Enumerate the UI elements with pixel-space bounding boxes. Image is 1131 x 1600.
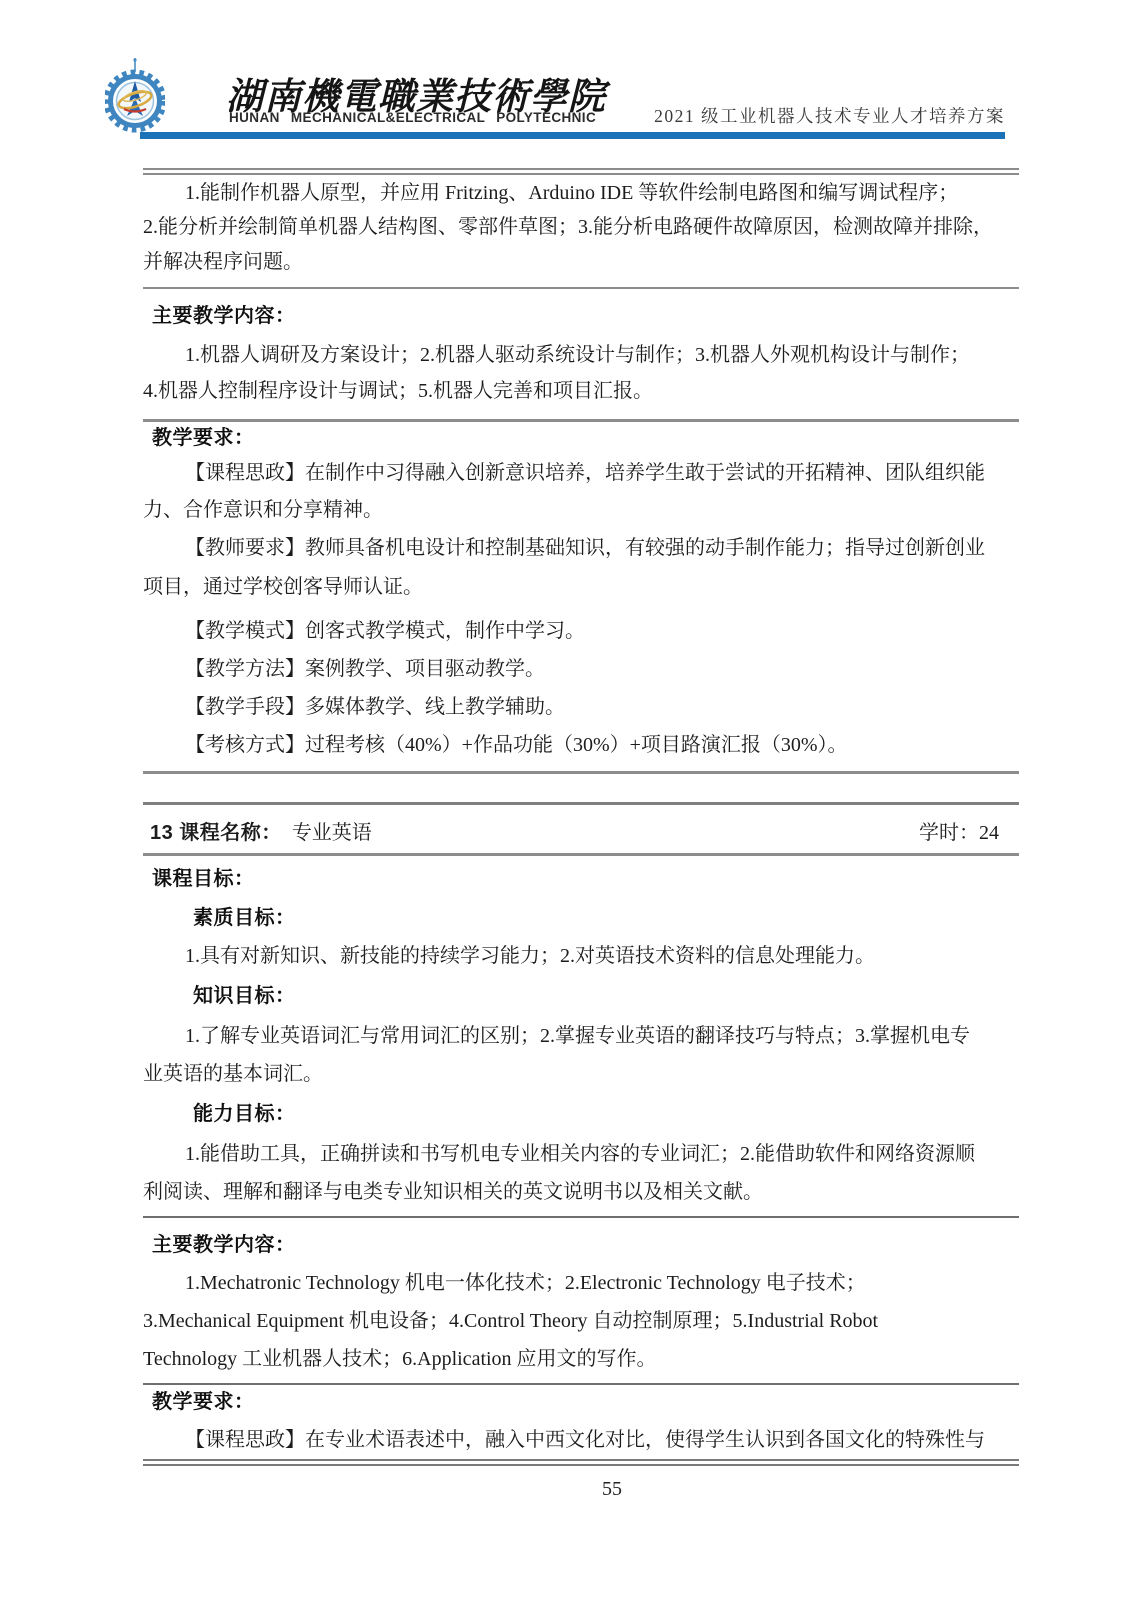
paragraph-line: 1.了解专业英语词汇与常用词汇的区别；2.掌握专业英语的翻译技巧与特点；3.掌握…: [185, 1022, 1023, 1050]
table-border-top: [143, 802, 1019, 805]
subheading-ability-goals: 能力目标：: [193, 1100, 296, 1128]
row-divider: [143, 287, 1019, 289]
section-heading-course-goals: 课程目标：: [152, 865, 255, 893]
section-heading-teaching-requirements: 教学要求：: [152, 1388, 255, 1416]
paragraph-line: 【课程思政】在专业术语表述中，融入中西文化对比，使得学生认识到各国文化的特殊性与: [185, 1426, 1023, 1454]
document-header-title: 2021 级工业机器人技术专业人才培养方案: [654, 103, 1005, 128]
paragraph-line: 【教学方法】案例教学、项目驱动教学。: [185, 655, 1023, 683]
paragraph-line: 1.具有对新知识、新技能的持续学习能力；2.对英语技术资料的信息处理能力。: [185, 942, 1023, 970]
paragraph-line: 【教师要求】教师具备机电设计和控制基础知识，有较强的动手制作能力；指导过创新创业: [185, 534, 1023, 562]
document-page: 湖南機電職業技術學院 HUNAN MECHANICAL&ELECTRICAL P…: [0, 0, 1131, 1600]
row-divider: [143, 1383, 1019, 1385]
paragraph-line: 【教学模式】创客式教学模式，制作中学习。: [185, 617, 1023, 645]
table-border-top: [143, 168, 1019, 175]
paragraph-line: 2.能分析并绘制简单机器人结构图、零部件草图；3.能分析电路硬件故障原因，检测故…: [143, 213, 1023, 241]
course-number-label: 13 课程名称：: [150, 822, 282, 844]
paragraph-line: 1.机器人调研及方案设计；2.机器人驱动系统设计与制作；3.机器人外观机构设计与…: [185, 341, 1023, 369]
subheading-quality-goals: 素质目标：: [193, 904, 296, 932]
section-heading-teaching-content: 主要教学内容：: [152, 302, 296, 330]
row-divider: [143, 1216, 1019, 1218]
paragraph-line: 4.机器人控制程序设计与调试；5.机器人完善和项目汇报。: [143, 377, 1023, 405]
page-content-bottom-border: [143, 1459, 1019, 1466]
row-divider: [143, 853, 1019, 856]
school-name-english: HUNAN MECHANICAL&ELECTRICAL POLYTECHNIC: [229, 110, 596, 125]
course-name: 专业英语: [292, 822, 372, 844]
section-heading-teaching-requirements: 教学要求：: [152, 424, 255, 452]
paragraph-line: 1.能制作机器人原型，并应用 Fritzing、Arduino IDE 等软件绘…: [185, 179, 1023, 207]
school-logo-icon: [105, 56, 165, 136]
subheading-knowledge-goals: 知识目标：: [193, 982, 296, 1010]
paragraph-line: Technology 工业机器人技术；6.Application 应用文的写作。: [143, 1345, 1023, 1373]
paragraph-line: 1.Mechatronic Technology 机电一体化技术；2.Elect…: [185, 1269, 1023, 1297]
section-heading-teaching-content: 主要教学内容：: [152, 1231, 296, 1259]
paragraph-line: 【考核方式】过程考核（40%）+作品功能（30%）+项目路演汇报（30%）。: [185, 731, 1023, 759]
paragraph-line: 利阅读、理解和翻译与电类专业知识相关的英文说明书以及相关文献。: [143, 1178, 1023, 1206]
paragraph-line: 3.Mechanical Equipment 机电设备；4.Control Th…: [143, 1307, 1023, 1335]
paragraph-line: 【教学手段】多媒体教学、线上教学辅助。: [185, 693, 1023, 721]
paragraph-line: 业英语的基本词汇。: [143, 1060, 1023, 1088]
course-title-row: 13 课程名称：专业英语: [150, 818, 1019, 848]
table-border-bottom: [143, 771, 1019, 774]
paragraph-line: 力、合作意识和分享精神。: [143, 496, 1023, 524]
header-accent-rule: [140, 132, 1005, 139]
paragraph-line: 项目，通过学校创客导师认证。: [143, 573, 1023, 601]
row-divider: [143, 419, 1019, 422]
paragraph-line: 并解决程序问题。: [143, 248, 1023, 276]
course-hours: 学时：24: [919, 818, 999, 848]
paragraph-line: 1.能借助工具，正确拼读和书写机电专业相关内容的专业词汇；2.能借助软件和网络资…: [185, 1140, 1023, 1168]
page-number: 55: [580, 1478, 644, 1501]
paragraph-line: 【课程思政】在制作中习得融入创新意识培养，培养学生敢于尝试的开拓精神、团队组织能: [185, 459, 1023, 487]
